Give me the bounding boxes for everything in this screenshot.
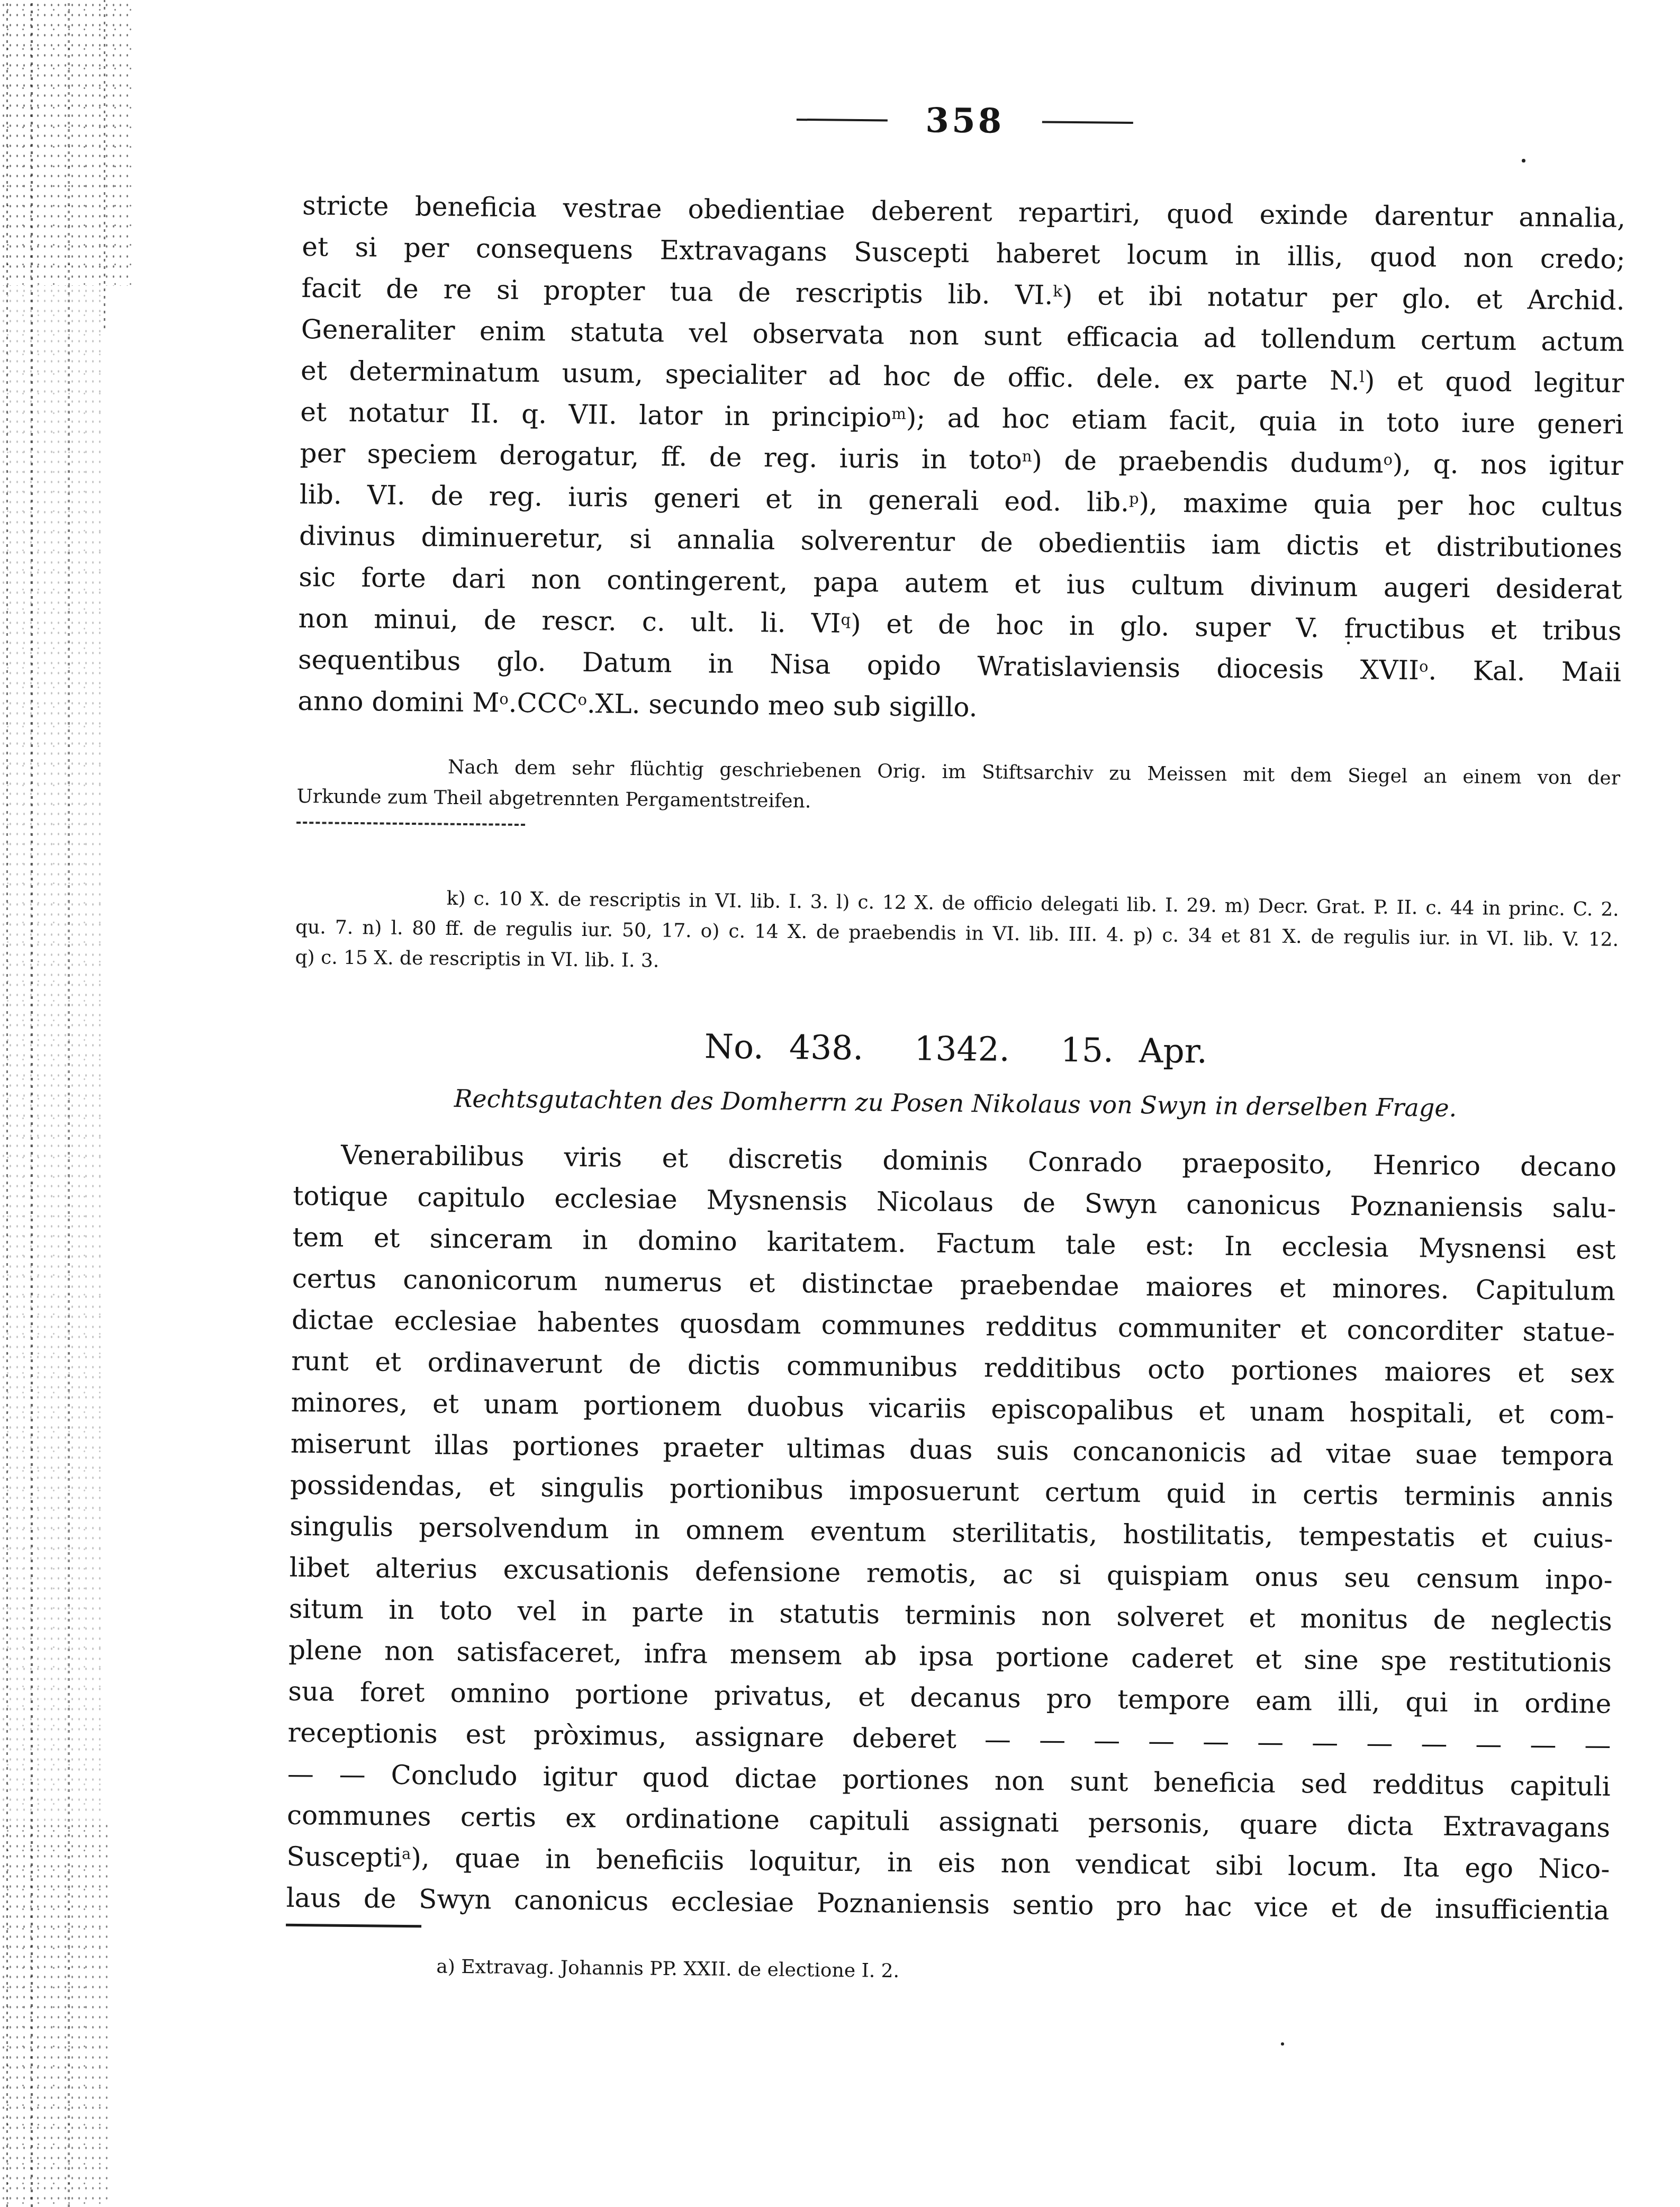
scanned-book-page: 358 stricte beneficia vestrae obedientia… <box>0 0 1680 2207</box>
gutter-streak <box>104 0 105 328</box>
document-paragraph: stricte beneficia vestrae obedientiae de… <box>297 185 1626 734</box>
footnote-separator-rule <box>286 1924 421 1927</box>
document-paragraph: Venerabilibus viris et discretis dominis… <box>286 1134 1616 1931</box>
gutter-streak <box>6 0 8 2207</box>
scan-speck <box>1281 2042 1284 2046</box>
gutter-streak <box>31 0 33 2207</box>
header-dash-left <box>797 119 888 122</box>
footnotes-block: k) c. 10 X. de rescriptis in VI. lib. I.… <box>295 882 1619 985</box>
gutter-streak <box>68 0 70 2207</box>
page-number: 358 <box>925 104 1004 138</box>
entry-heading: No. 438. 1342. 15. Apr. <box>294 1023 1618 1075</box>
scan-speckle <box>0 286 101 1821</box>
footnote-dashed-separator <box>296 822 525 826</box>
footnote-line: a) Extravag. Johannis PP. XXII. de elect… <box>285 1950 1609 1993</box>
page-content: 358 stricte beneficia vestrae obedientia… <box>285 0 1628 1993</box>
header-dash-right <box>1042 121 1133 124</box>
page-header: 358 <box>303 98 1627 145</box>
entry-subtitle: Rechtsgutachten des Domherrn zu Posen Ni… <box>294 1081 1617 1125</box>
scan-gutter-noise <box>0 0 138 2207</box>
scan-speckle <box>0 1821 111 2207</box>
archival-note: Nach dem sehr flüchtig geschriebenen Ori… <box>296 751 1620 825</box>
scan-speckle <box>0 0 132 286</box>
